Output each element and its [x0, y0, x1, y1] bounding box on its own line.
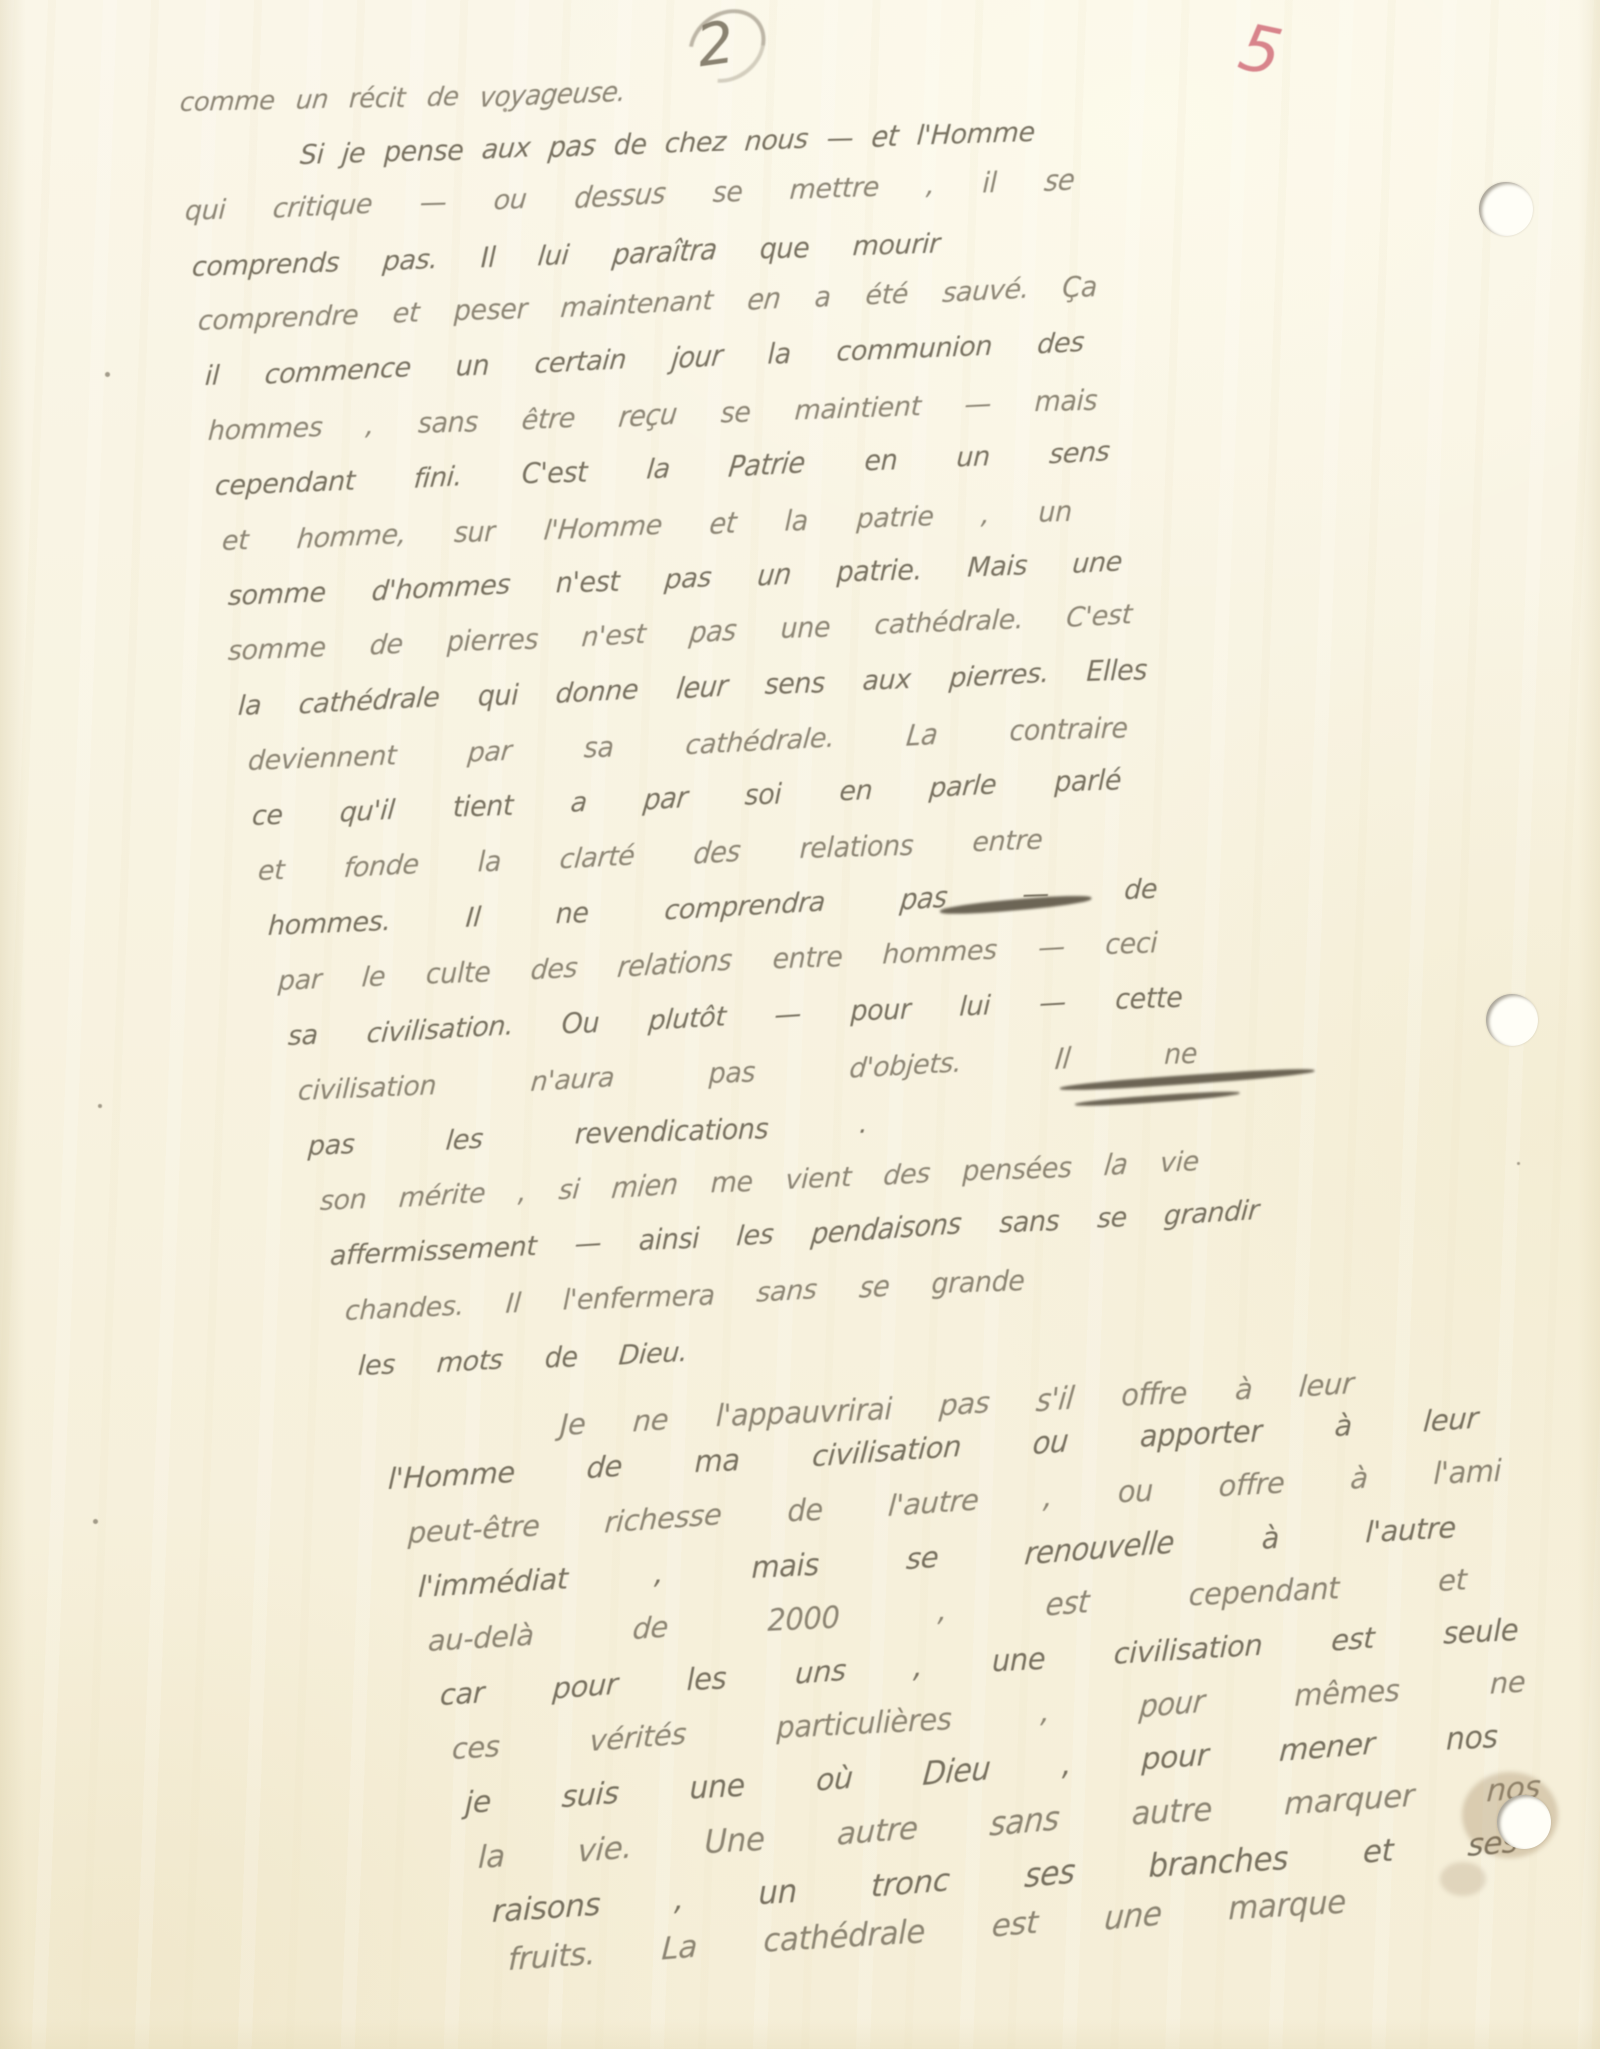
- pencil-speck: [1517, 1162, 1520, 1165]
- handwriting-line: deviennentparsacathédrale.Lacontraire: [247, 712, 1128, 777]
- handwriting-line: lesmotsdeDieu.: [357, 1337, 688, 1382]
- handwriting-line: sommedepierresn'estpasunecathédrale.C'es…: [227, 600, 1133, 667]
- handwriting-line: sacivilisation.Ouplutôt—pourlui—cette: [287, 982, 1183, 1052]
- handwriting-line: commeunrécitdevoyageuse.: [180, 79, 626, 118]
- paper-smudge: [1440, 1862, 1486, 1896]
- pencil-speck: [503, 108, 507, 112]
- handwriting-line: hommes,sansêtrereçusemaintient—mais: [207, 385, 1098, 447]
- strikethrough-mark: [1075, 1089, 1240, 1107]
- handwriting-line: paslesrevendications.: [307, 1109, 868, 1162]
- binder-punch-hole: [1486, 994, 1538, 1046]
- binder-punch-hole: [1479, 182, 1533, 236]
- binder-punch-hole: [1497, 1795, 1551, 1849]
- pencil-speck: [105, 372, 110, 377]
- handwriting-line: Sijepenseauxpasdecheznous—etl'Homme: [300, 117, 1036, 171]
- handwriting-line: civilisationn'aurapasd'objets.Ilne: [297, 1038, 1198, 1107]
- pencil-speck: [98, 1104, 102, 1108]
- handwriting-line: comprendspas.Illuiparaîtraquemourir: [192, 229, 941, 283]
- handwriting-line: chandes.Ill'enfermerasanssegrande: [344, 1265, 1025, 1327]
- handwriting-line: ilcommenceuncertainjourlacommuniondes: [204, 327, 1085, 392]
- handwriting-line: quicritique—oudessussemettre,ilse: [184, 165, 1075, 227]
- handwriting-line: sommed'hommesn'estpasunpatrie.Maisune: [227, 547, 1123, 612]
- pencil-speck: [93, 1519, 98, 1524]
- page-number-red: 5: [1233, 11, 1288, 92]
- handwriting-line: lacathédralequidonneleursensauxpierres.E…: [237, 654, 1148, 721]
- handwriting-line: comprendreetpesermaintenantenaétésauvé.Ç…: [197, 271, 1098, 337]
- handwriting-line: cequ'iltientaparsoienparleparlé: [251, 765, 1122, 832]
- handwriting-line: cependantfini.C'estlaPatrieenunsens: [214, 437, 1110, 502]
- handwriting-line: parlecultedesrelationsentrehommes—ceci: [277, 928, 1158, 997]
- manuscript-page: 2 5 commeunrécitdevoyageuse.Sijepenseaux…: [0, 0, 1600, 2049]
- handwriting-line: ethomme,surl'Hommeetlapatrie,un: [221, 496, 1072, 557]
- handwriting-line: etfondelaclartédesrelationsentre: [257, 825, 1043, 887]
